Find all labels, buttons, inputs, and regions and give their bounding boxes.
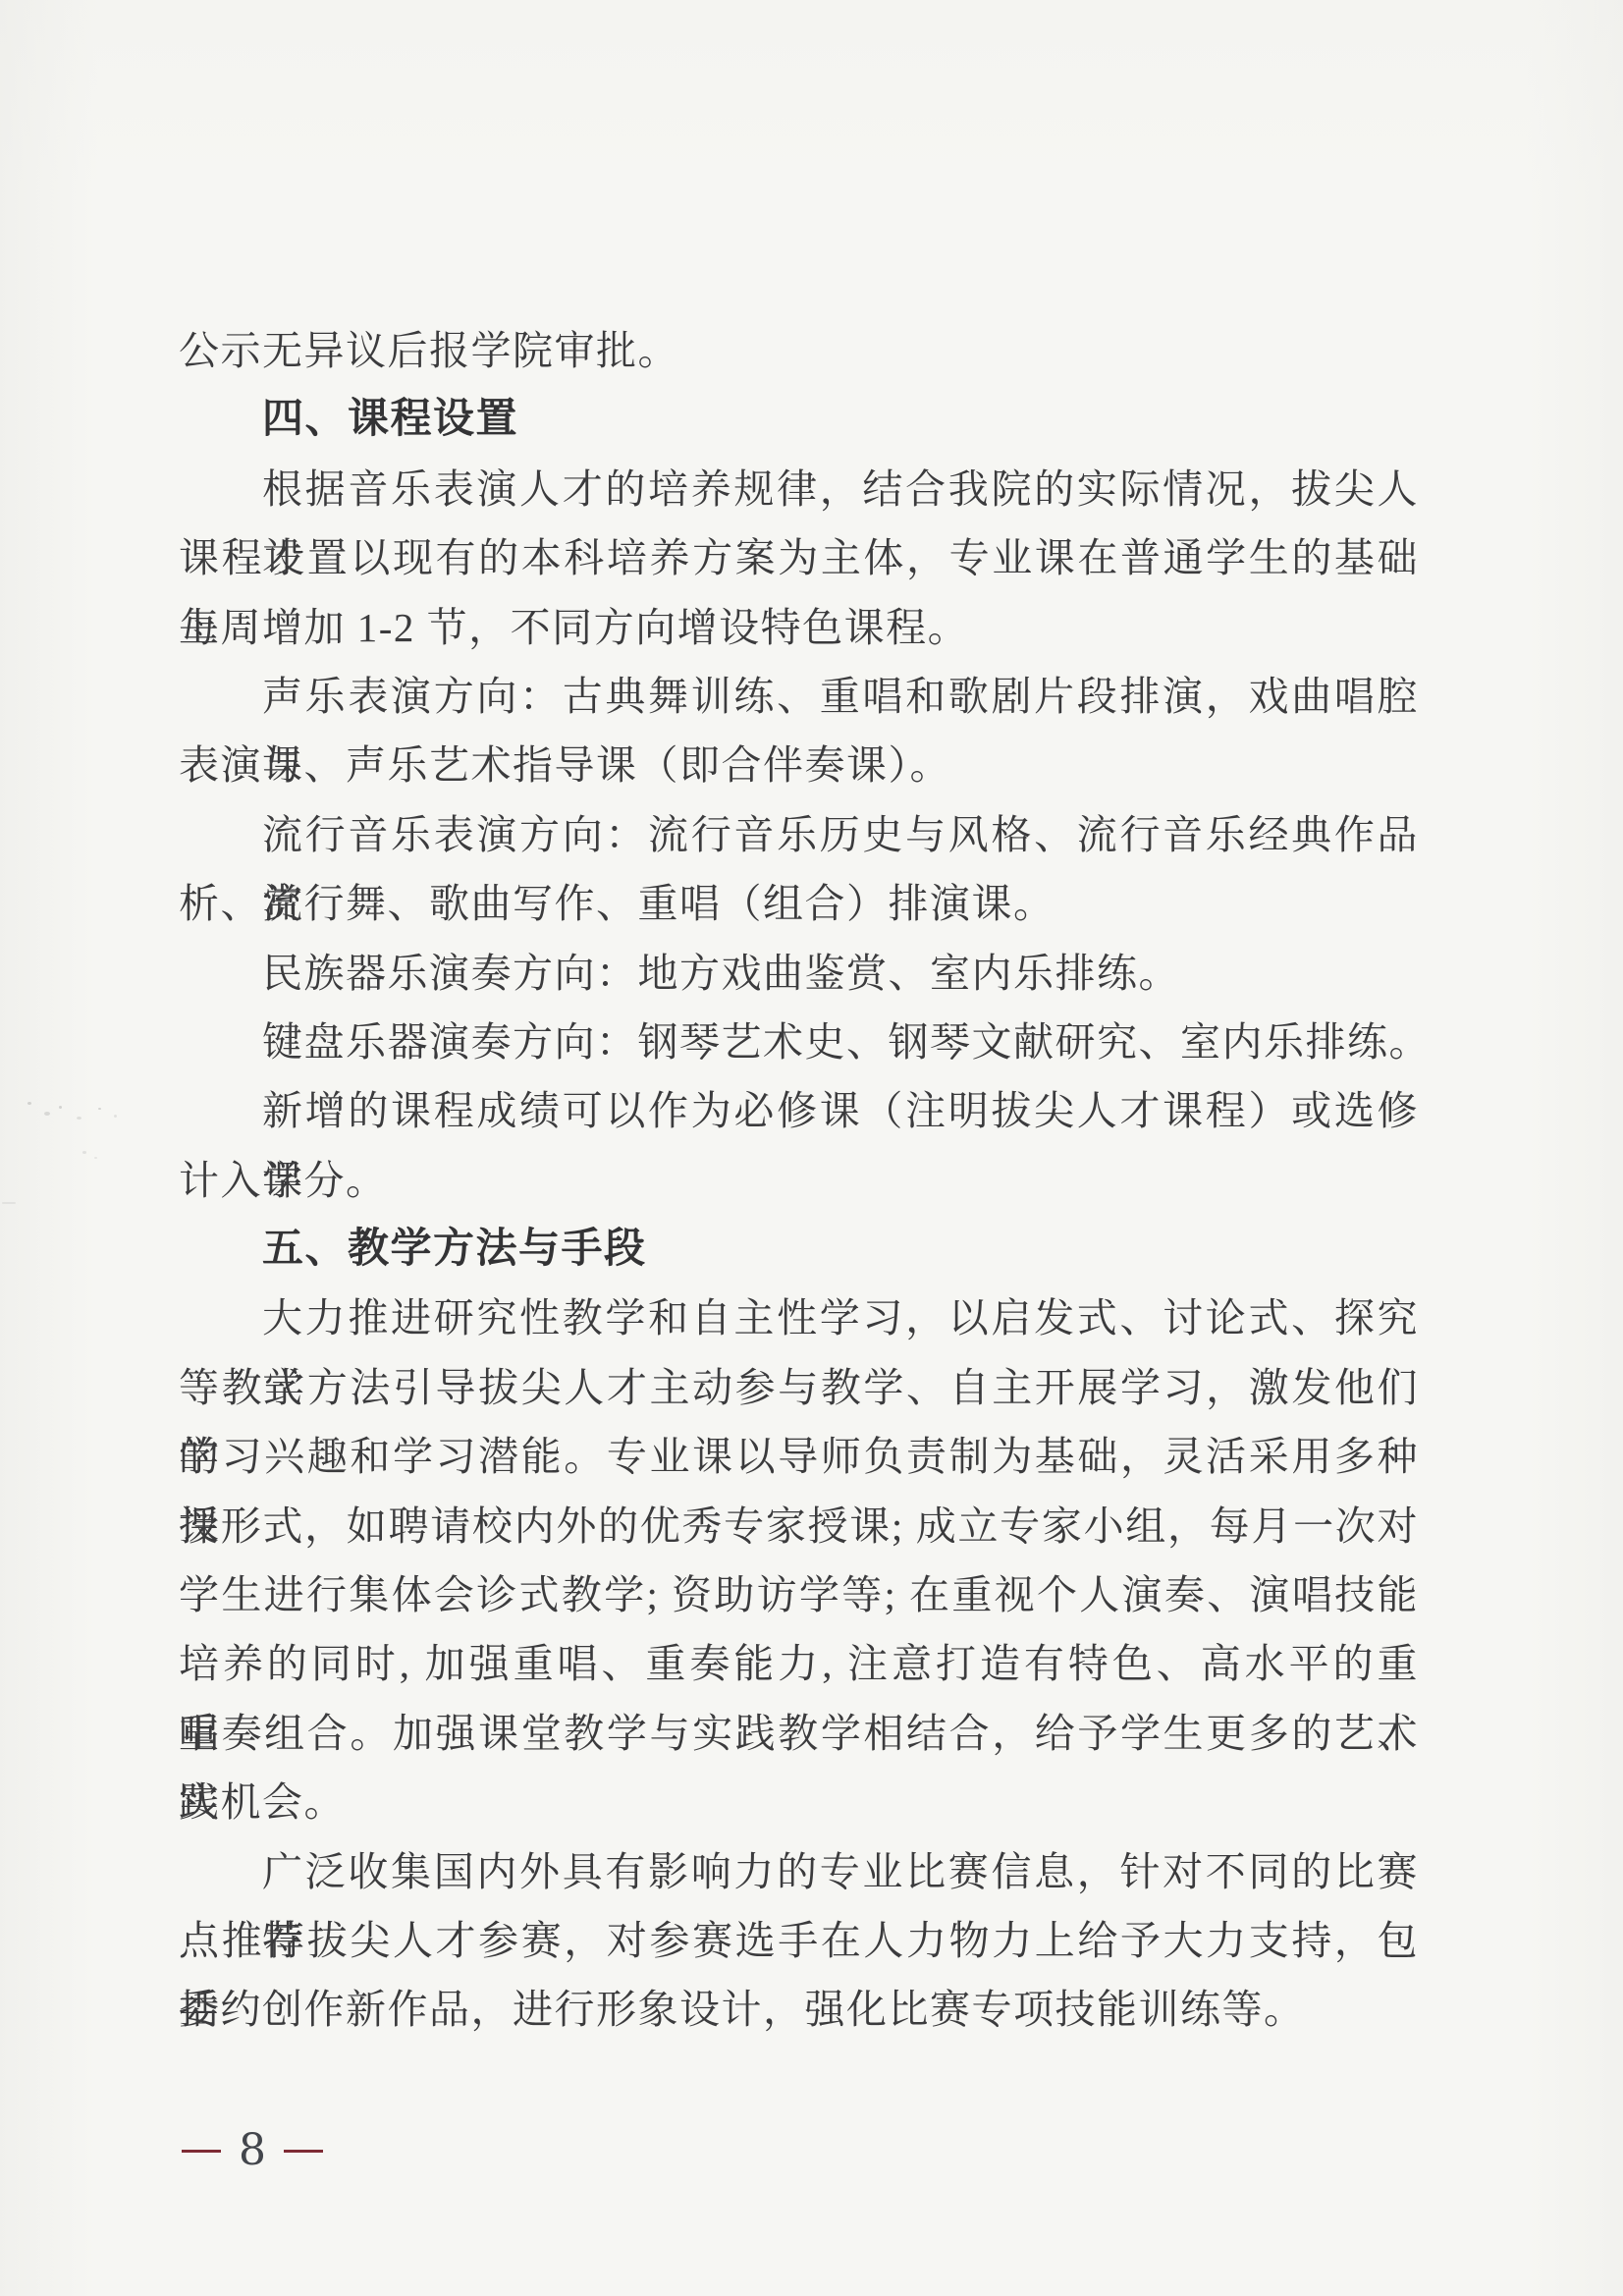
text-line: 学生进行集体会诊式教学; 资助访学等; 在重视个人演奏、演唱技能 bbox=[179, 1560, 1419, 1629]
text-line: 点推荐拔尖人才参赛，对参赛选手在人力物力上给予大力支持，包括 bbox=[179, 1906, 1419, 1975]
document-body: 公示无异议后报学院审批。四、课程设置根据音乐表演人才的培养规律，结合我院的实际情… bbox=[179, 316, 1419, 2045]
page-number-value: 8 bbox=[239, 2121, 266, 2180]
text-line: 新增的课程成绩可以作为必修课（注明拔尖人才课程）或选修课 bbox=[179, 1076, 1419, 1145]
text-line: 委约创作新作品，进行形象设计，强化比赛专项技能训练等。 bbox=[179, 1975, 1419, 2044]
scanned-document-page: 公示无异议后报学院审批。四、课程设置根据音乐表演人才的培养规律，结合我院的实际情… bbox=[0, 0, 1623, 2296]
scan-speckle bbox=[59, 1106, 62, 1109]
text-line: 课程设置以现有的本科培养方案为主体，专业课在普通学生的基础上 bbox=[179, 523, 1419, 592]
text-line: 声乐表演方向：古典舞训练、重唱和歌剧片段排演，戏曲唱腔与 bbox=[179, 662, 1419, 731]
scan-speckle bbox=[98, 1108, 101, 1110]
text-line: 重奏组合。加强课堂教学与实践教学相结合，给予学生更多的艺术实 bbox=[179, 1699, 1419, 1768]
page-number-left-dash bbox=[182, 2150, 221, 2153]
scan-speckle bbox=[82, 1151, 86, 1154]
text-line: 根据音乐表演人才的培养规律，结合我院的实际情况，拔尖人才 bbox=[179, 455, 1419, 523]
text-line: 流行音乐表演方向：流行音乐历史与风格、流行音乐经典作品赏 bbox=[179, 800, 1419, 869]
text-line: 学习兴趣和学习潜能。专业课以导师负责制为基础，灵活采用多种授 bbox=[179, 1422, 1419, 1491]
section-heading: 四、课程设置 bbox=[179, 385, 1419, 454]
text-line: 大力推进研究性教学和自主性学习，以启发式、讨论式、探究式 bbox=[179, 1284, 1419, 1352]
text-line: 公示无异议后报学院审批。 bbox=[179, 316, 1419, 385]
text-line: 每周增加 1-2 节，不同方向增设特色课程。 bbox=[179, 593, 1419, 662]
page-number: 8 bbox=[182, 2121, 323, 2180]
scan-speckle bbox=[77, 1117, 81, 1120]
text-line: 表演课、声乐艺术指导课（即合伴奏课）。 bbox=[179, 731, 1419, 799]
text-line: 课形式，如聘请校内外的优秀专家授课; 成立专家小组，每月一次对 bbox=[179, 1492, 1419, 1560]
scan-speckle bbox=[114, 1115, 117, 1118]
section-heading: 五、教学方法与手段 bbox=[179, 1215, 1419, 1284]
text-line: 键盘乐器演奏方向：钢琴艺术史、钢琴文献研究、室内乐排练。 bbox=[179, 1008, 1419, 1076]
text-line: 析、流行舞、歌曲写作、重唱（组合）排演课。 bbox=[179, 869, 1419, 938]
scan-speckle bbox=[2, 1202, 16, 1204]
text-line: 民族器乐演奏方向：地方戏曲鉴赏、室内乐排练。 bbox=[179, 939, 1419, 1008]
text-line: 计入学分。 bbox=[179, 1146, 1419, 1215]
text-line: 培养的同时, 加强重唱、重奏能力, 注意打造有特色、高水平的重唱、 bbox=[179, 1629, 1419, 1698]
scan-speckle bbox=[44, 1112, 50, 1116]
text-line: 等教学方法引导拔尖人才主动参与教学、自主开展学习，激发他们的 bbox=[179, 1353, 1419, 1422]
scan-speckle bbox=[27, 1102, 31, 1105]
text-line: 践机会。 bbox=[179, 1768, 1419, 1836]
scan-speckle bbox=[94, 1157, 97, 1159]
text-line: 广泛收集国内外具有影响力的专业比赛信息，针对不同的比赛特 bbox=[179, 1837, 1419, 1906]
page-number-right-dash bbox=[284, 2150, 323, 2153]
